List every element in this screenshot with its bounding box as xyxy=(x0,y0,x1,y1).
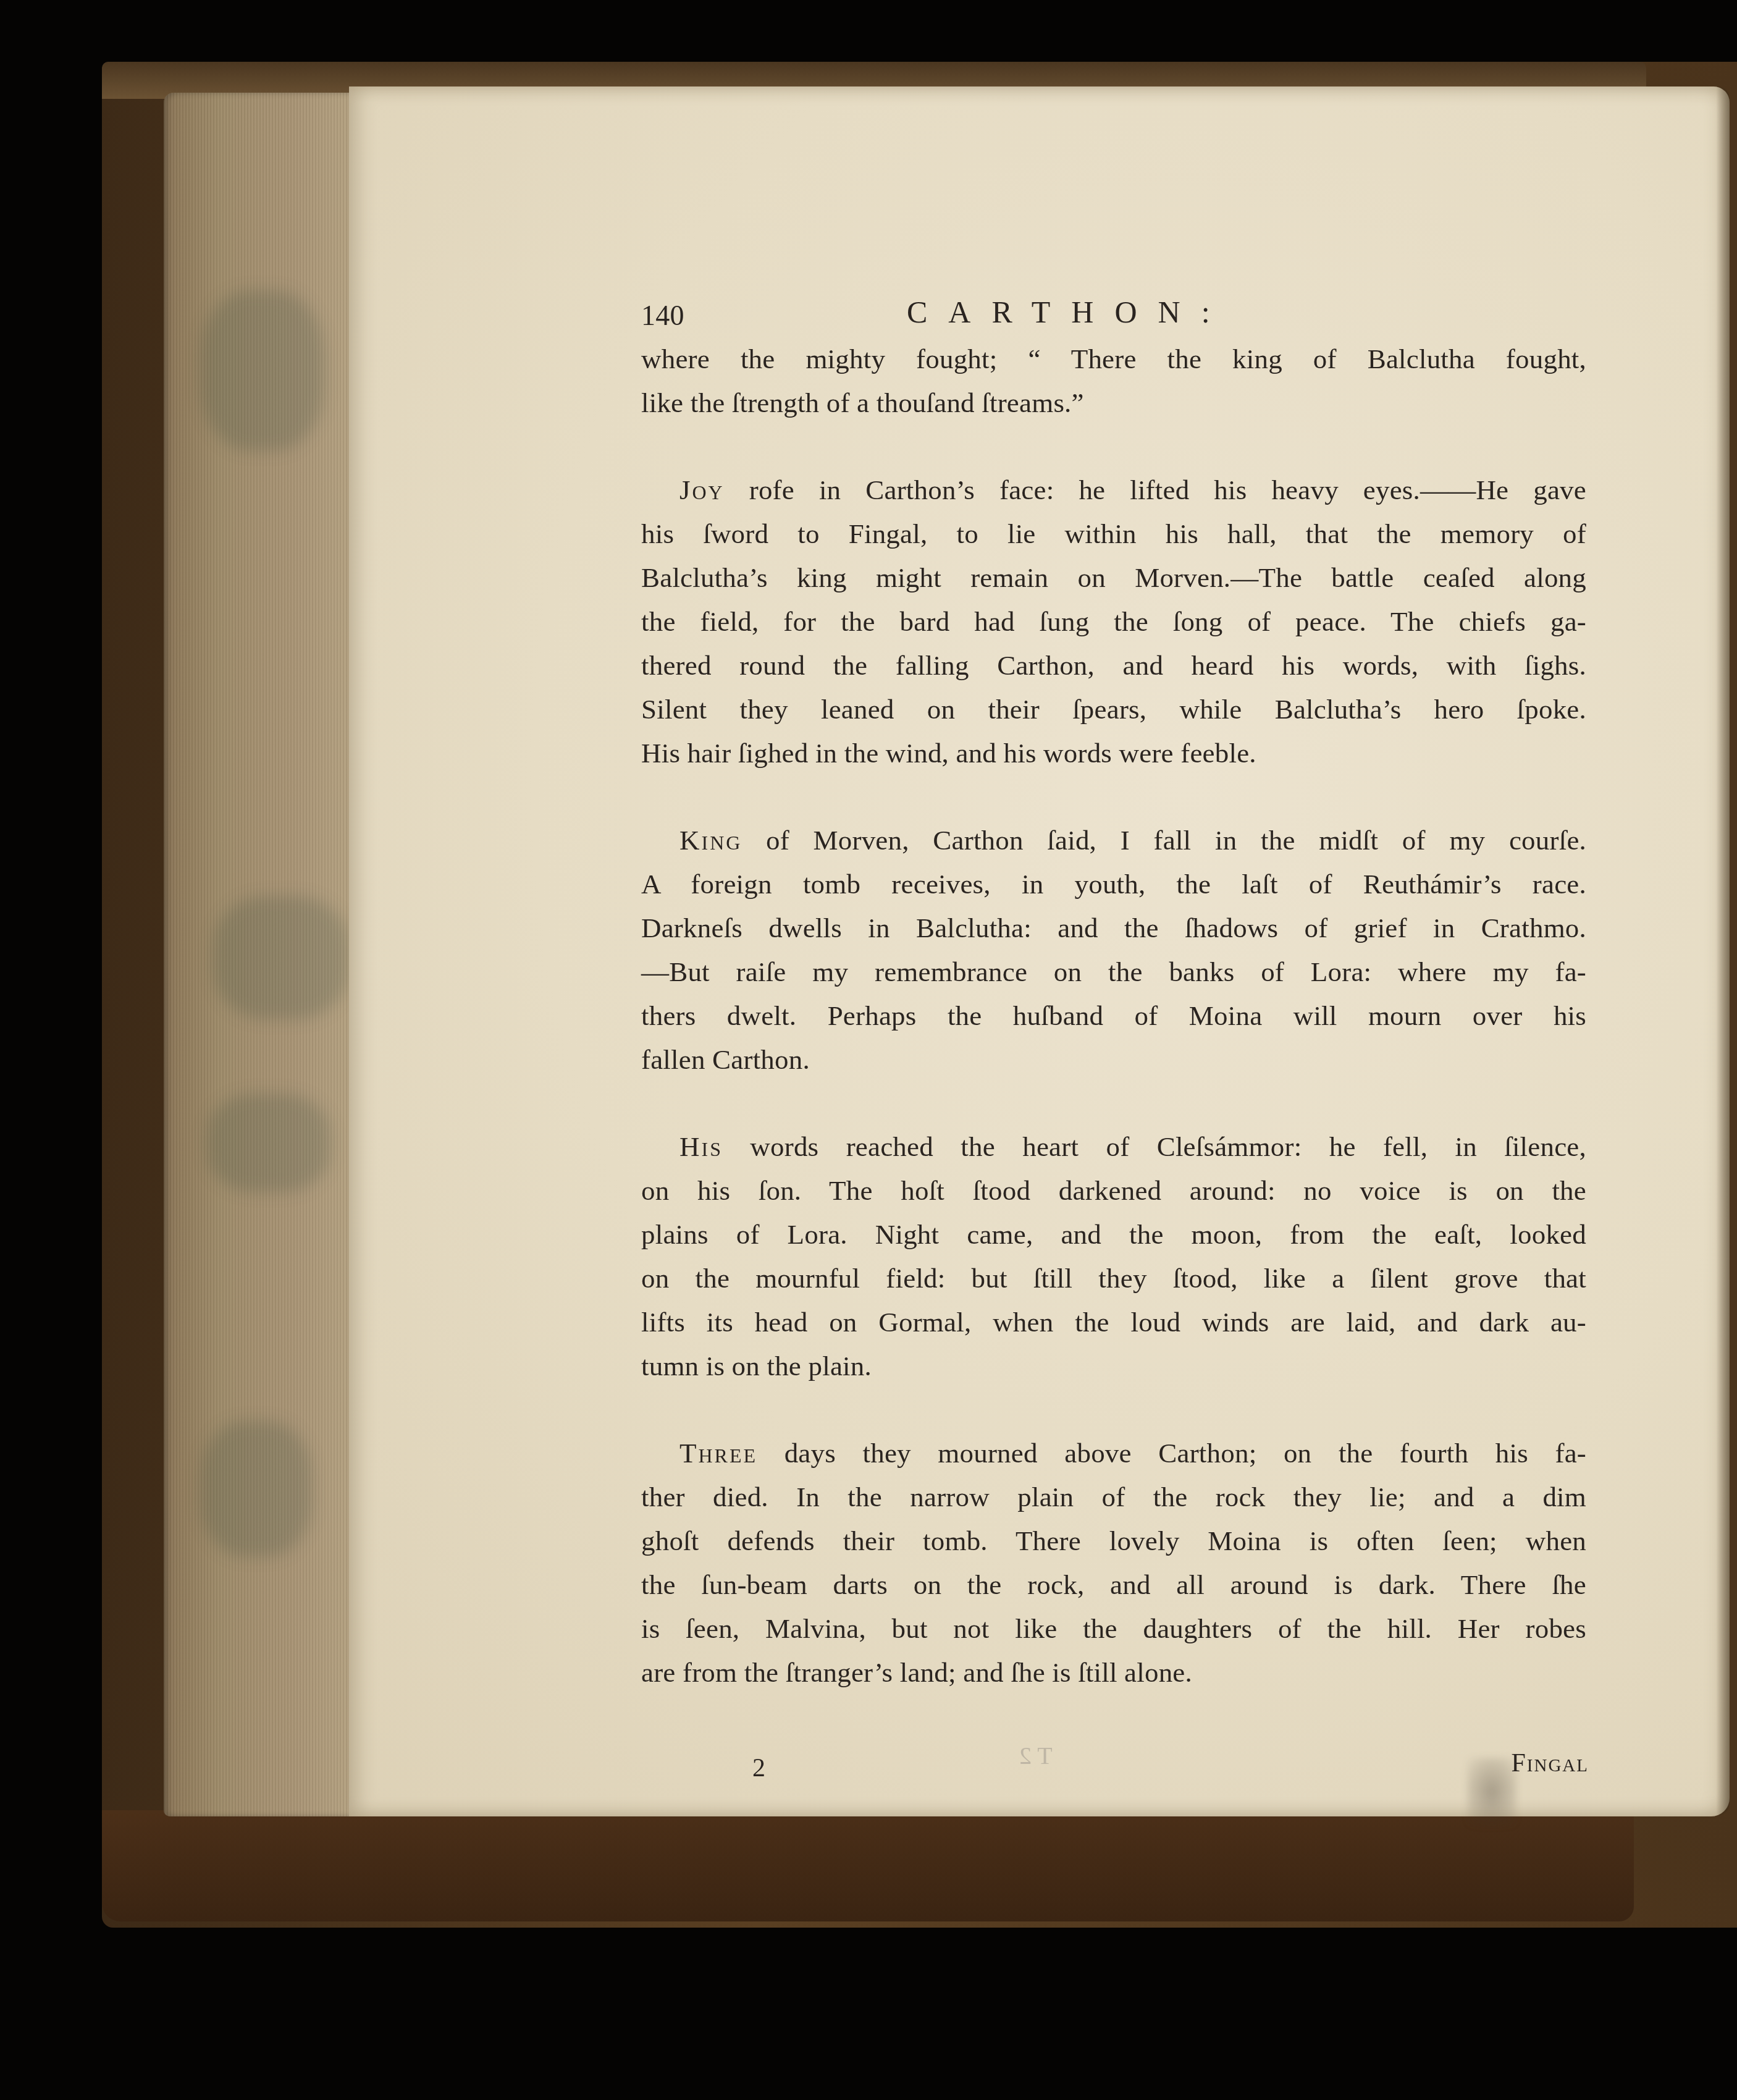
text-line: the field, for the bard had ſung the ſon… xyxy=(641,600,1586,644)
text-line: fallen Carthon. xyxy=(641,1038,1586,1082)
paragraph-5: Three days they mourned above Carthon; o… xyxy=(641,1432,1586,1695)
page-number: 140 xyxy=(641,299,684,332)
text-line: His words reached the heart of Cleſsámmo… xyxy=(641,1125,1586,1169)
text-line: ther died. In the narrow plain of the ro… xyxy=(641,1475,1586,1519)
text-line: thers dwelt. Perhaps the huſband of Moin… xyxy=(641,994,1586,1038)
text-line: King of Morven, Carthon ſaid, I fall in … xyxy=(641,819,1586,862)
text-line: Darkneſs dwells in Balclutha: and the ſh… xyxy=(641,906,1586,950)
paragraph-lead: Three xyxy=(679,1438,757,1469)
text-line: A foreign tomb receives, in youth, the l… xyxy=(641,862,1586,906)
running-title: CARTHON: xyxy=(907,294,1231,330)
text-line: are from the ſtranger’s land; and ſhe is… xyxy=(641,1651,1586,1695)
text-line: like the ſtrength of a thouſand ſtreams.… xyxy=(641,381,1586,425)
text-line: lifts its head on Gormal, when the loud … xyxy=(641,1301,1586,1344)
text-line: Silent they leaned on their ſpears, whil… xyxy=(641,688,1586,732)
text-block: 140 CARTHON: where the mighty fought; “ … xyxy=(641,294,1586,1695)
paragraph-lead: His xyxy=(679,1131,723,1162)
paragraph-2: Joy rofe in Carthon’s face: he lifted hi… xyxy=(641,468,1586,775)
catchword: Fingal xyxy=(1511,1748,1589,1778)
line-text: words reached the heart of Cleſsámmor: h… xyxy=(750,1131,1586,1162)
text-line: the ſun-beam darts on the rock, and all … xyxy=(641,1563,1586,1607)
edge-stain xyxy=(207,1094,330,1192)
text-line: Balclutha’s king might remain on Morven.… xyxy=(641,556,1586,600)
text-line: Three days they mourned above Carthon; o… xyxy=(641,1432,1586,1475)
text-line: thered round the falling Carthon, and he… xyxy=(641,644,1586,688)
text-line: where the mighty fought; “ There the kin… xyxy=(641,337,1586,381)
text-line: ghoſt defends their tomb. There lovely M… xyxy=(641,1519,1586,1563)
text-line: —But raiſe my remembrance on the banks o… xyxy=(641,950,1586,994)
line-text: rofe in Carthon’s face: he lifted his he… xyxy=(749,474,1586,505)
page-gutter-shadow xyxy=(1716,86,1730,1816)
edge-stain xyxy=(201,290,324,451)
book-cover-bottom-edge xyxy=(102,1810,1634,1921)
line-text: days they mourned above Carthon; on the … xyxy=(784,1438,1586,1469)
text-line: his ſword to Fingal, to lie within his h… xyxy=(641,512,1586,556)
edge-stain xyxy=(201,1421,312,1557)
page-footer: 2 Fingal xyxy=(641,1753,1586,1790)
signature-mark: 2 xyxy=(752,1753,765,1783)
text-line: His hair ſighed in the wind, and his wor… xyxy=(641,732,1586,775)
paragraph-4: His words reached the heart of Cleſsámmo… xyxy=(641,1125,1586,1388)
text-line: tumn is on the plain. xyxy=(641,1344,1586,1388)
edge-stain xyxy=(213,896,349,1019)
paragraph-1: where the mighty fought; “ There the kin… xyxy=(641,337,1586,425)
paragraph-lead: King xyxy=(679,825,742,856)
text-line: plains of Lora. Night came, and the moon… xyxy=(641,1213,1586,1257)
line-text: of Morven, Carthon ſaid, I fall in the m… xyxy=(766,825,1586,856)
text-line: on his ſon. The hoſt ſtood darkened arou… xyxy=(641,1169,1586,1213)
text-line: on the mournful field: but ſtill they ſt… xyxy=(641,1257,1586,1301)
paragraph-lead: Joy xyxy=(679,474,725,505)
page-fore-edge-stack xyxy=(164,93,349,1816)
text-line: is ſeen, Malvina, but not like the daugh… xyxy=(641,1607,1586,1651)
paragraph-3: King of Morven, Carthon ſaid, I fall in … xyxy=(641,819,1586,1082)
running-head: 140 CARTHON: xyxy=(641,294,1586,337)
text-line: Joy rofe in Carthon’s face: he lifted hi… xyxy=(641,468,1586,512)
